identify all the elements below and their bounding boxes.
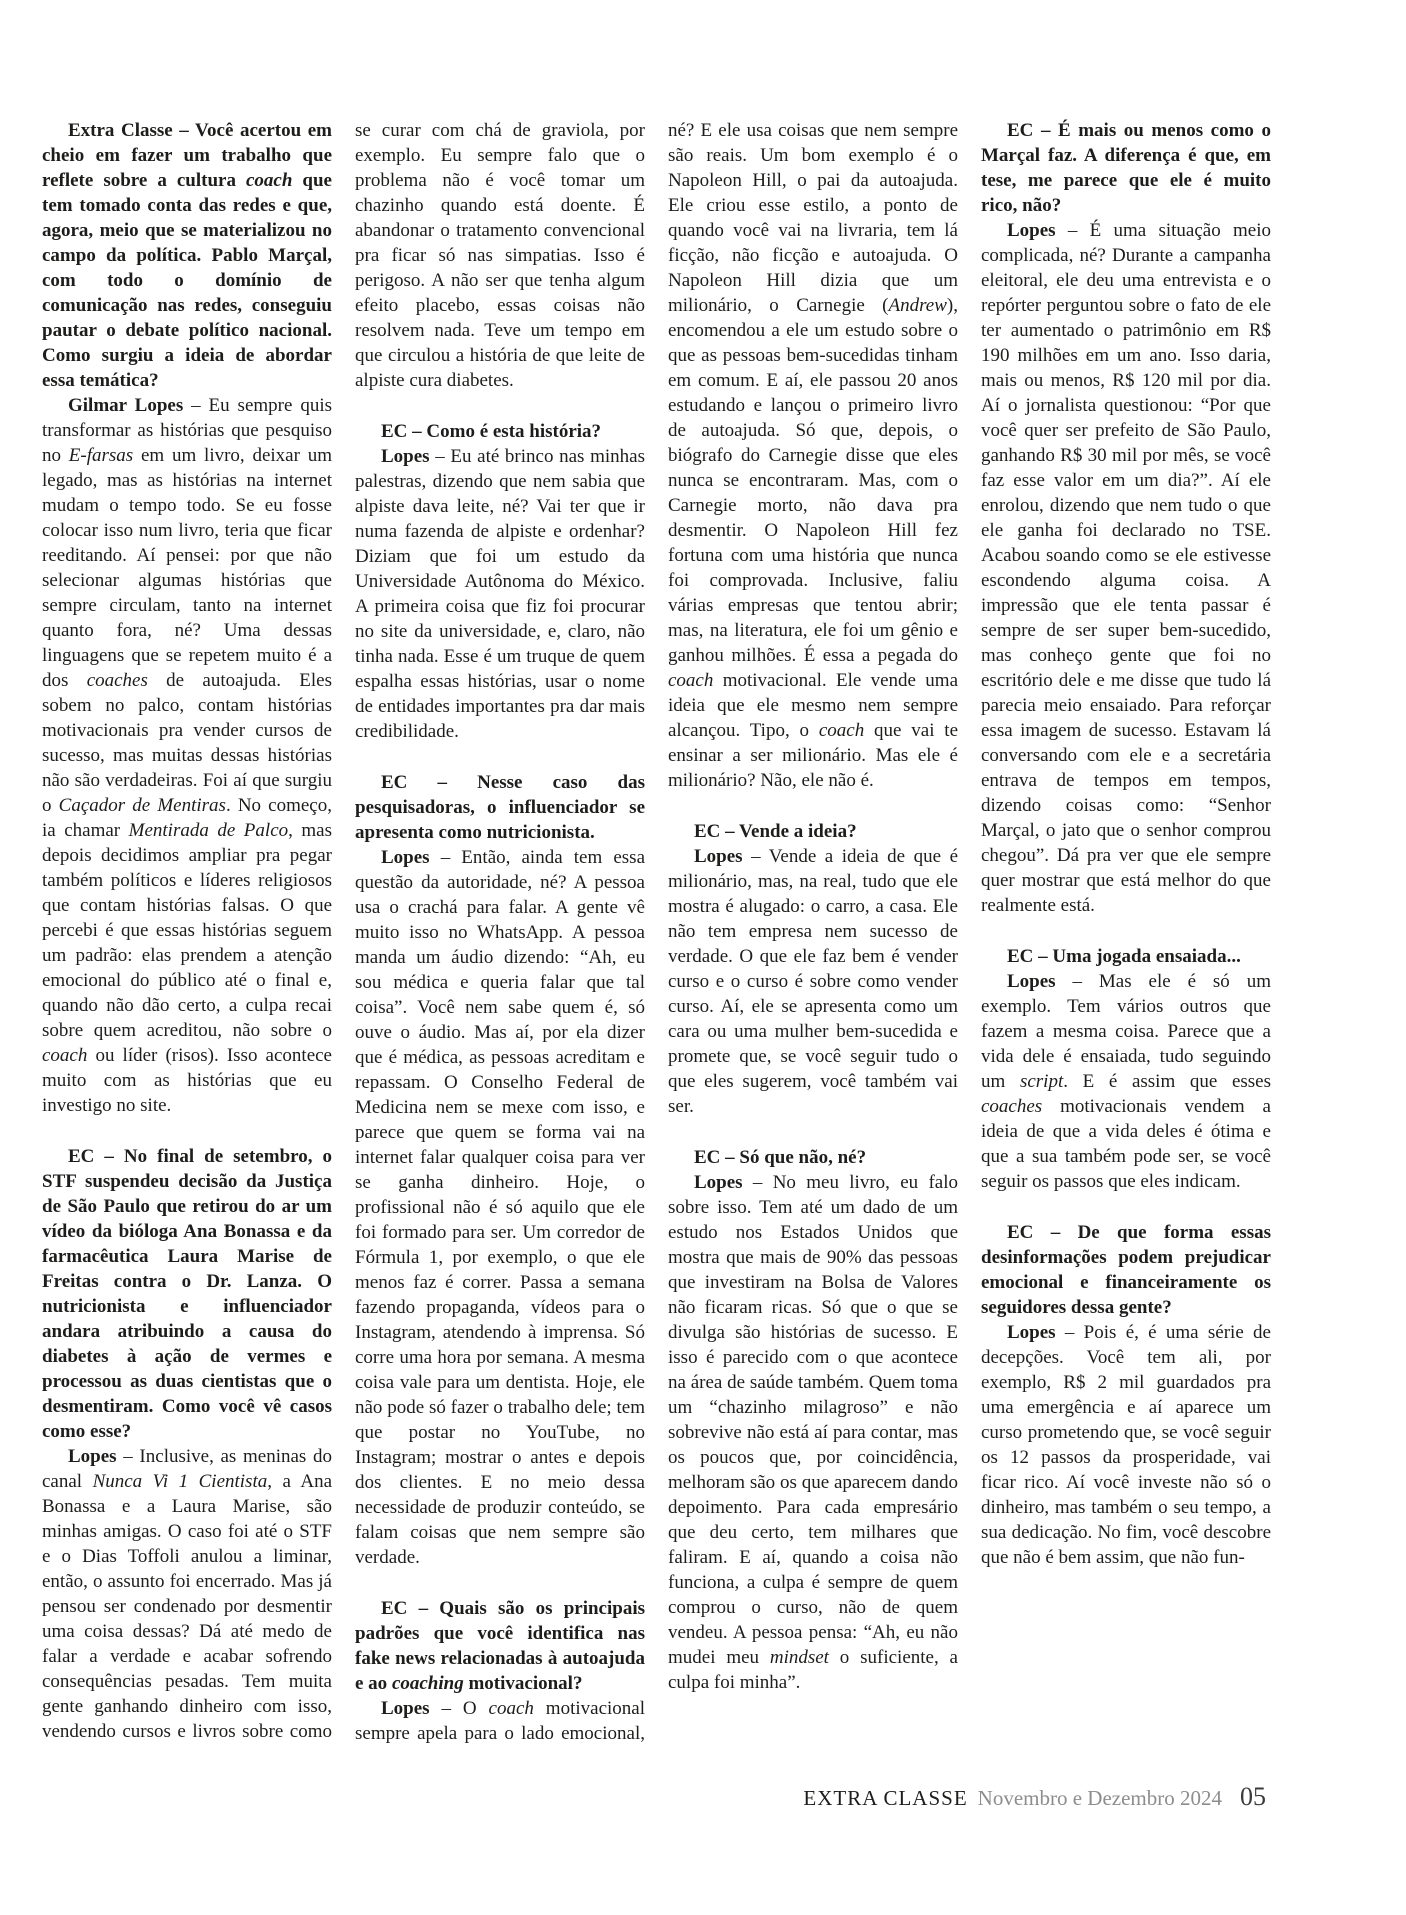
magazine-page: { "footer": { "magazine": "EXTRA CLASSE"… (0, 0, 1406, 1915)
interview-answer: Lopes – Então, ainda tem essa questão da… (355, 845, 645, 1570)
text-run: script (1020, 1071, 1063, 1092)
text-run: , mas depois decidimos ampliar pra pegar… (42, 820, 332, 1041)
text-run: – Eu até brinco nas minhas palestras, di… (355, 446, 645, 742)
text-run: Lopes (1007, 220, 1056, 241)
text-run: E-farsas (69, 445, 133, 466)
text-run: – Então, ainda tem essa questão da autor… (355, 847, 645, 1568)
text-run: coach (668, 670, 713, 691)
interview-answer: Lopes – Eu até brinco nas minhas palestr… (355, 444, 645, 744)
text-run: Lopes (381, 847, 430, 868)
text-run: Mentirada de Palco (129, 820, 288, 841)
text-run: coaches (981, 1096, 1042, 1117)
article-body: Extra Classe – Você acertou em cheio em … (42, 118, 1271, 1750)
text-run: EC – É mais ou menos como o Marçal faz. … (981, 120, 1271, 216)
interview-answer: Gilmar Lopes – Eu sempre quis transforma… (42, 393, 332, 1118)
text-run: ), encomendou a ele um estudo sobre o qu… (668, 295, 958, 666)
text-run: – No meu livro, eu falo sobre isso. Tem … (668, 1172, 958, 1668)
text-run: Lopes (68, 1446, 117, 1467)
interview-question: EC – Só que não, né? (668, 1145, 958, 1170)
text-run: Nunca Vi 1 Cientista (93, 1471, 268, 1492)
interview-question: EC – É mais ou menos como o Marçal faz. … (981, 118, 1271, 218)
interview-question: EC – De que forma essas desinformações p… (981, 1220, 1271, 1320)
interview-answer: Lopes – É uma situação meio complicada, … (981, 218, 1271, 918)
interview-question: EC – No final de setembro, o STF suspend… (42, 1144, 332, 1444)
text-run: coaches (87, 670, 148, 691)
text-run: – Vende a ideia de que é milionário, mas… (668, 846, 958, 1117)
text-run: – O (430, 1698, 489, 1719)
interview-question: EC – Vende a ideia? (668, 819, 958, 844)
text-run: Lopes (1007, 1322, 1056, 1343)
text-run: Andrew (889, 295, 947, 316)
text-run: EC – Vende a ideia? (694, 821, 857, 842)
interview-question: EC – Nesse caso das pesquisadoras, o inf… (355, 770, 645, 845)
interview-question: EC – Uma jogada ensaiada... (981, 944, 1271, 969)
text-run: EC – No final de setembro, o STF suspend… (42, 1146, 332, 1442)
text-run: Lopes (1007, 971, 1056, 992)
text-run: Lopes (381, 1698, 430, 1719)
text-run: . E é assim que esses (1063, 1071, 1271, 1092)
interview-answer: Lopes – No meu livro, eu falo sobre isso… (668, 1170, 958, 1695)
text-run: – Pois é, é uma série de decepções. Você… (981, 1322, 1271, 1568)
interview-answer: Lopes – Mas ele é só um exemplo. Tem vár… (981, 969, 1271, 1194)
magazine-name: EXTRA CLASSE (803, 1786, 967, 1811)
text-run: que tem tomado conta das redes e que, ag… (42, 170, 332, 391)
text-run: mindset (770, 1647, 829, 1668)
interview-answer: Lopes – Vende a ideia de que é milionári… (668, 844, 958, 1119)
text-run: EC – Nesse caso das pesquisadoras, o inf… (355, 772, 645, 843)
page-footer: EXTRA CLASSE Novembro e Dezembro 2024 05 (803, 1782, 1266, 1812)
text-run: Caçador de Mentiras (59, 795, 226, 816)
text-run: Lopes (381, 446, 430, 467)
text-run: – É uma situação meio complicada, né? Du… (981, 220, 1271, 916)
text-run: EC – Como é esta história? (381, 421, 601, 442)
text-run: coach (489, 1698, 534, 1719)
text-run: Lopes (694, 846, 743, 867)
page-number: 05 (1240, 1782, 1266, 1812)
text-run: coach (42, 1045, 87, 1066)
interview-question: EC – Como é esta história? (355, 419, 645, 444)
text-run: em um livro, deixar um legado, mas as hi… (42, 445, 332, 691)
interview-question: Extra Classe – Você acertou em cheio em … (42, 118, 332, 393)
text-run: coaching (392, 1673, 464, 1694)
text-run: Gilmar Lopes (68, 395, 183, 416)
text-run: EC – De que forma essas desinformações p… (981, 1222, 1271, 1318)
text-run: EC – Uma jogada ensaiada... (1007, 946, 1241, 967)
interview-question: EC – Quais são os principais padrões que… (355, 1596, 645, 1696)
text-run: Lopes (694, 1172, 743, 1193)
text-run: motivacional? (464, 1673, 583, 1694)
text-run: EC – Só que não, né? (694, 1147, 866, 1168)
interview-answer: Lopes – Pois é, é uma série de decepções… (981, 1320, 1271, 1570)
text-run: coach (819, 720, 864, 741)
text-run: coach (246, 170, 292, 191)
issue-date: Novembro e Dezembro 2024 (978, 1786, 1222, 1811)
